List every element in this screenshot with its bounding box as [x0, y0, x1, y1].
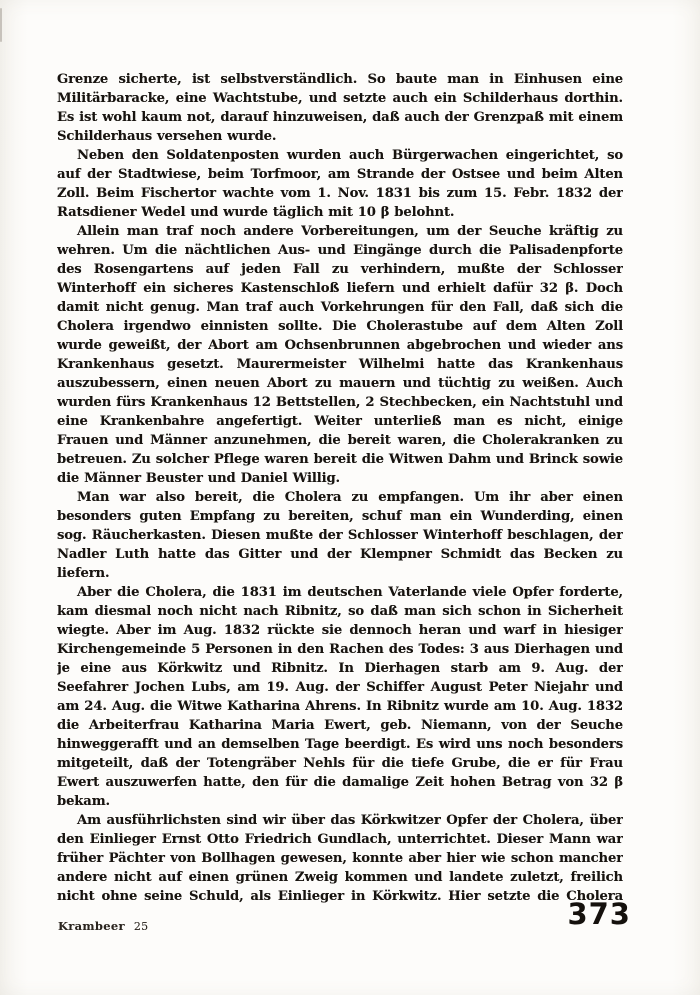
paragraph: Neben den Soldatenposten wurden auch Bür… — [57, 146, 623, 222]
paragraph: Man war also bereit, die Cholera zu empf… — [57, 488, 623, 583]
paragraph: Am ausführlichsten sind wir über das Kör… — [57, 811, 623, 908]
page-number: 373 — [567, 897, 631, 931]
signature-number: 25 — [134, 920, 149, 933]
paragraph: Allein man traf noch andere Vorbereitung… — [57, 222, 623, 488]
signature-mark: Krambeer25 — [58, 919, 148, 933]
signature-label: Krambeer — [58, 919, 125, 933]
paragraph: Grenze sicherte, ist selbstverständlich.… — [57, 70, 623, 146]
book-page: Grenze sicherte, ist selbstverständlich.… — [0, 0, 700, 995]
paragraph: Aber die Cholera, die 1831 im deutschen … — [57, 583, 623, 811]
text-block: Grenze sicherte, ist selbstverständlich.… — [57, 70, 623, 908]
scan-edge-artifact — [0, 8, 2, 42]
